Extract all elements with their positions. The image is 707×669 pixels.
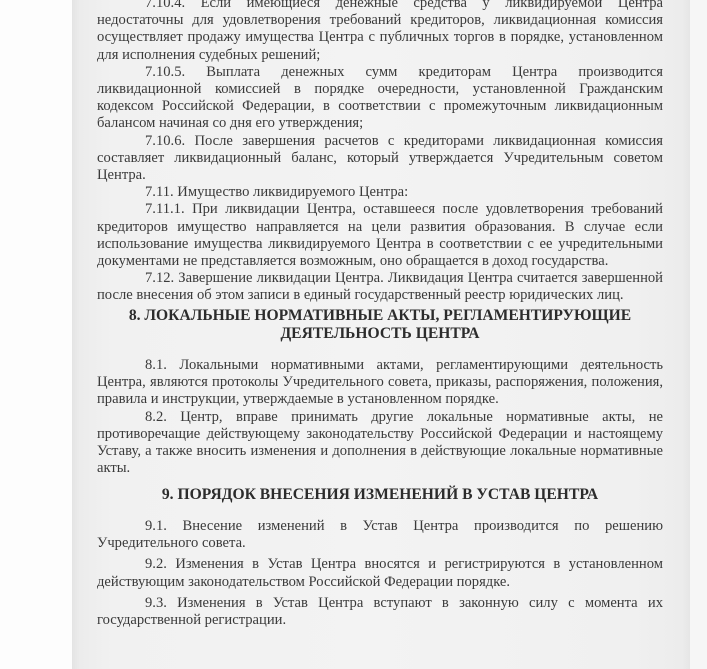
paragraph-8-1: 8.1. Локальными нормативными актами, рег…	[97, 357, 663, 409]
paragraph-8-2: 8.2. Центр, вправе принимать другие лока…	[97, 409, 663, 478]
paragraph-7-10-6: 7.10.6. После завершения расчетов с кред…	[97, 133, 663, 185]
section-8-heading-line2: ДЕЯТЕЛЬНОСТЬ ЦЕНТРА	[97, 325, 663, 343]
paragraph-9-1: 9.1. Внесение изменений в Устав Центра п…	[97, 518, 663, 552]
paragraph-9-2: 9.2. Изменения в Устав Центра вносятся и…	[97, 556, 663, 590]
paragraph-7-10-5: 7.10.5. Выплата денежных сумм кредиторам…	[97, 64, 663, 133]
page-edge	[690, 0, 707, 669]
section-7-continued: 7.10.4. Если имеющиеся денежные средства…	[97, 0, 663, 305]
section-9-heading: 9. ПОРЯДОК ВНЕСЕНИЯ ИЗМЕНЕНИЙ В УСТАВ ЦЕ…	[97, 486, 663, 504]
section-8: 8. ЛОКАЛЬНЫЕ НОРМАТИВНЫЕ АКТЫ, РЕГЛАМЕНТ…	[97, 307, 663, 477]
paragraph-7-12: 7.12. Завершение ликвидации Центра. Ликв…	[97, 270, 663, 304]
paragraph-9-3: 9.3. Изменения в Устав Центра вступают в…	[97, 595, 663, 629]
paragraph-7-11: 7.11. Имущество ликвидируемого Центра:	[97, 184, 663, 201]
section-8-heading-line1: 8. ЛОКАЛЬНЫЕ НОРМАТИВНЫЕ АКТЫ, РЕГЛАМЕНТ…	[97, 307, 663, 325]
paragraph-7-10-4: 7.10.4. Если имеющиеся денежные средства…	[97, 0, 663, 64]
paragraph-7-11-1: 7.11.1. При ликвидации Центра, оставшеес…	[97, 201, 663, 270]
section-9: 9. ПОРЯДОК ВНЕСЕНИЯ ИЗМЕНЕНИЙ В УСТАВ ЦЕ…	[97, 486, 663, 629]
